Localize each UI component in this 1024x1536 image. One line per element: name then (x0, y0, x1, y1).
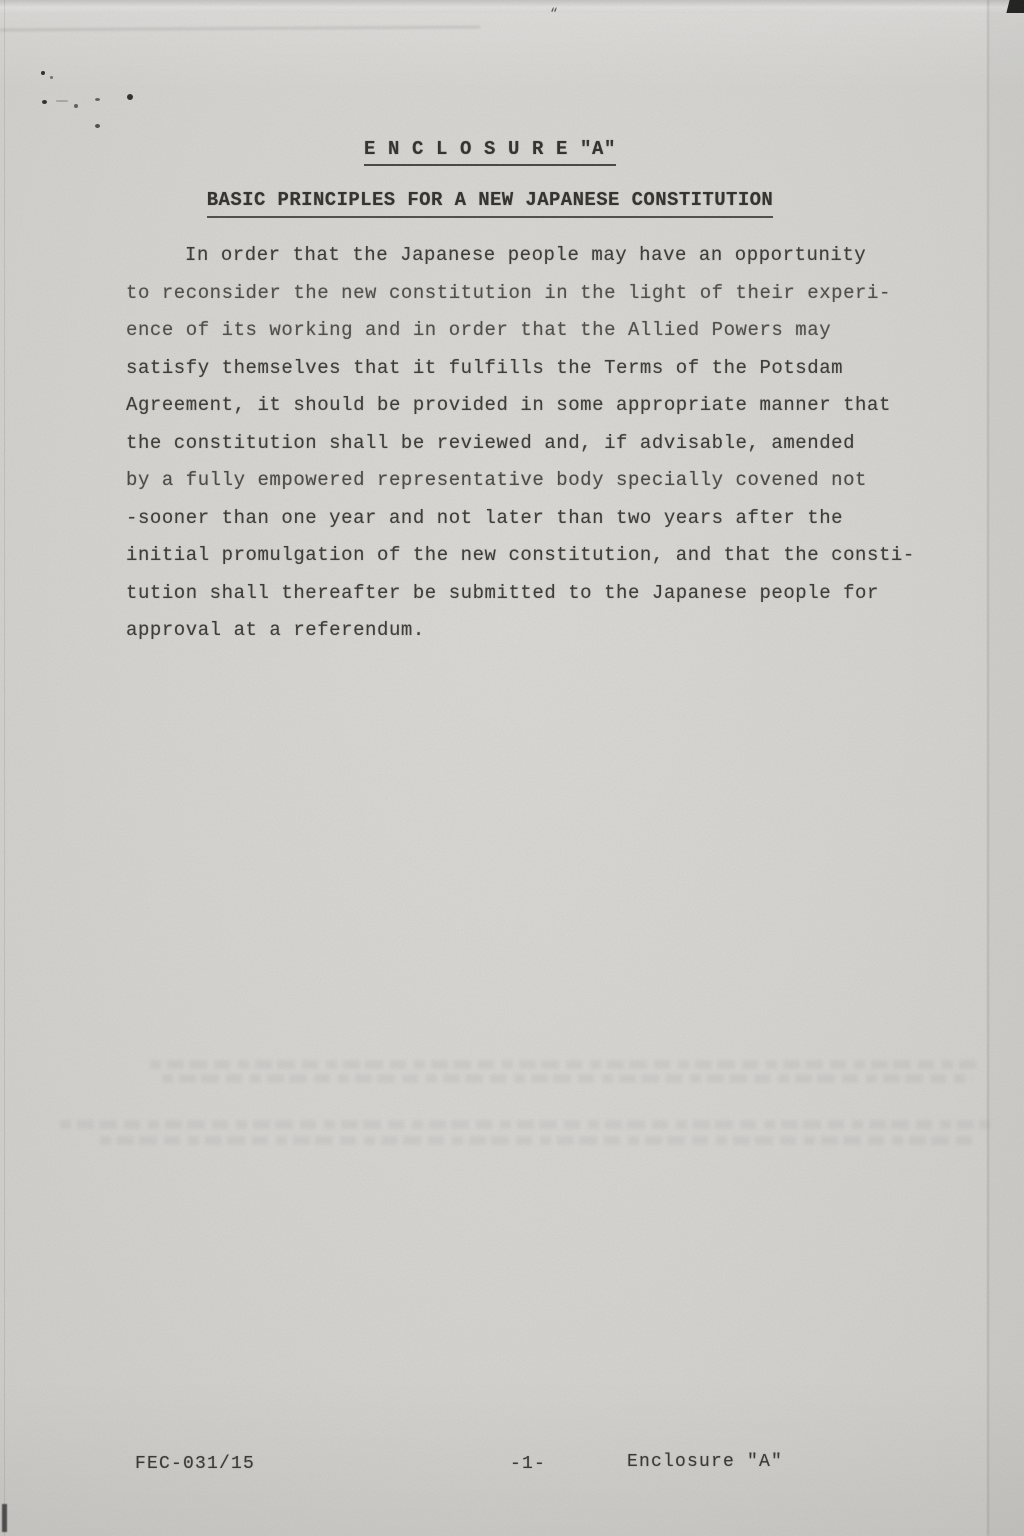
bleed-through-text (150, 1060, 990, 1110)
body-line: In order that the Japanese people may ha… (126, 237, 986, 275)
body-line: by a fully empowered representative body… (126, 462, 986, 500)
body-paragraph: In order that the Japanese people may ha… (126, 237, 986, 650)
pencil-speck (50, 76, 53, 79)
enclosure-title: E N C L O S U R E "A" (0, 138, 980, 160)
document-subtitle: BASIC PRINCIPLES FOR A NEW JAPANESE CONS… (0, 189, 980, 211)
body-line: satisfy themselves that it fulfills the … (126, 350, 986, 388)
body-line: -sooner than one year and not later than… (126, 500, 986, 538)
body-line: to reconsider the new constitution in th… (126, 275, 986, 313)
document-subtitle-text: BASIC PRINCIPLES FOR A NEW JAPANESE CONS… (207, 189, 774, 218)
paper-grain-texture (0, 0, 1024, 1536)
document-reference-number: FEC-031/15 (135, 1454, 255, 1474)
body-line: initial promulgation of the new constitu… (126, 537, 986, 575)
pencil-speck (74, 104, 78, 108)
pencil-speck (95, 98, 100, 101)
page-fold-line (987, 0, 989, 1536)
pencil-speck (56, 100, 68, 102)
scan-edge-mark (2, 1504, 7, 1532)
body-line: the constitution shall be reviewed and, … (126, 425, 986, 463)
body-line: ence of its working and in order that th… (126, 312, 986, 350)
scan-streak (0, 26, 480, 32)
bleed-through-text (60, 1120, 995, 1172)
page-edge-strip (989, 0, 1024, 1536)
pencil-speck (127, 94, 133, 100)
pencil-speck (42, 100, 47, 104)
pencil-speck (95, 124, 100, 128)
scanned-document-page: “ E N C L O S U R E "A" BASIC PRINCIPLES… (0, 0, 1024, 1536)
enclosure-title-text: E N C L O S U R E "A" (364, 138, 616, 166)
page-edge-line (4, 0, 5, 1536)
body-line: Agreement, it should be provided in some… (126, 387, 986, 425)
page-number: -1- (510, 1454, 546, 1474)
enclosure-label: Enclosure "A" (627, 1452, 783, 1472)
pencil-speck (41, 71, 45, 75)
body-line: tution shall thereafter be submitted to … (126, 575, 986, 613)
scan-edge-band (0, 0, 1024, 13)
body-line: approval at a referendum. (126, 612, 986, 650)
stray-mark: “ (550, 6, 559, 21)
